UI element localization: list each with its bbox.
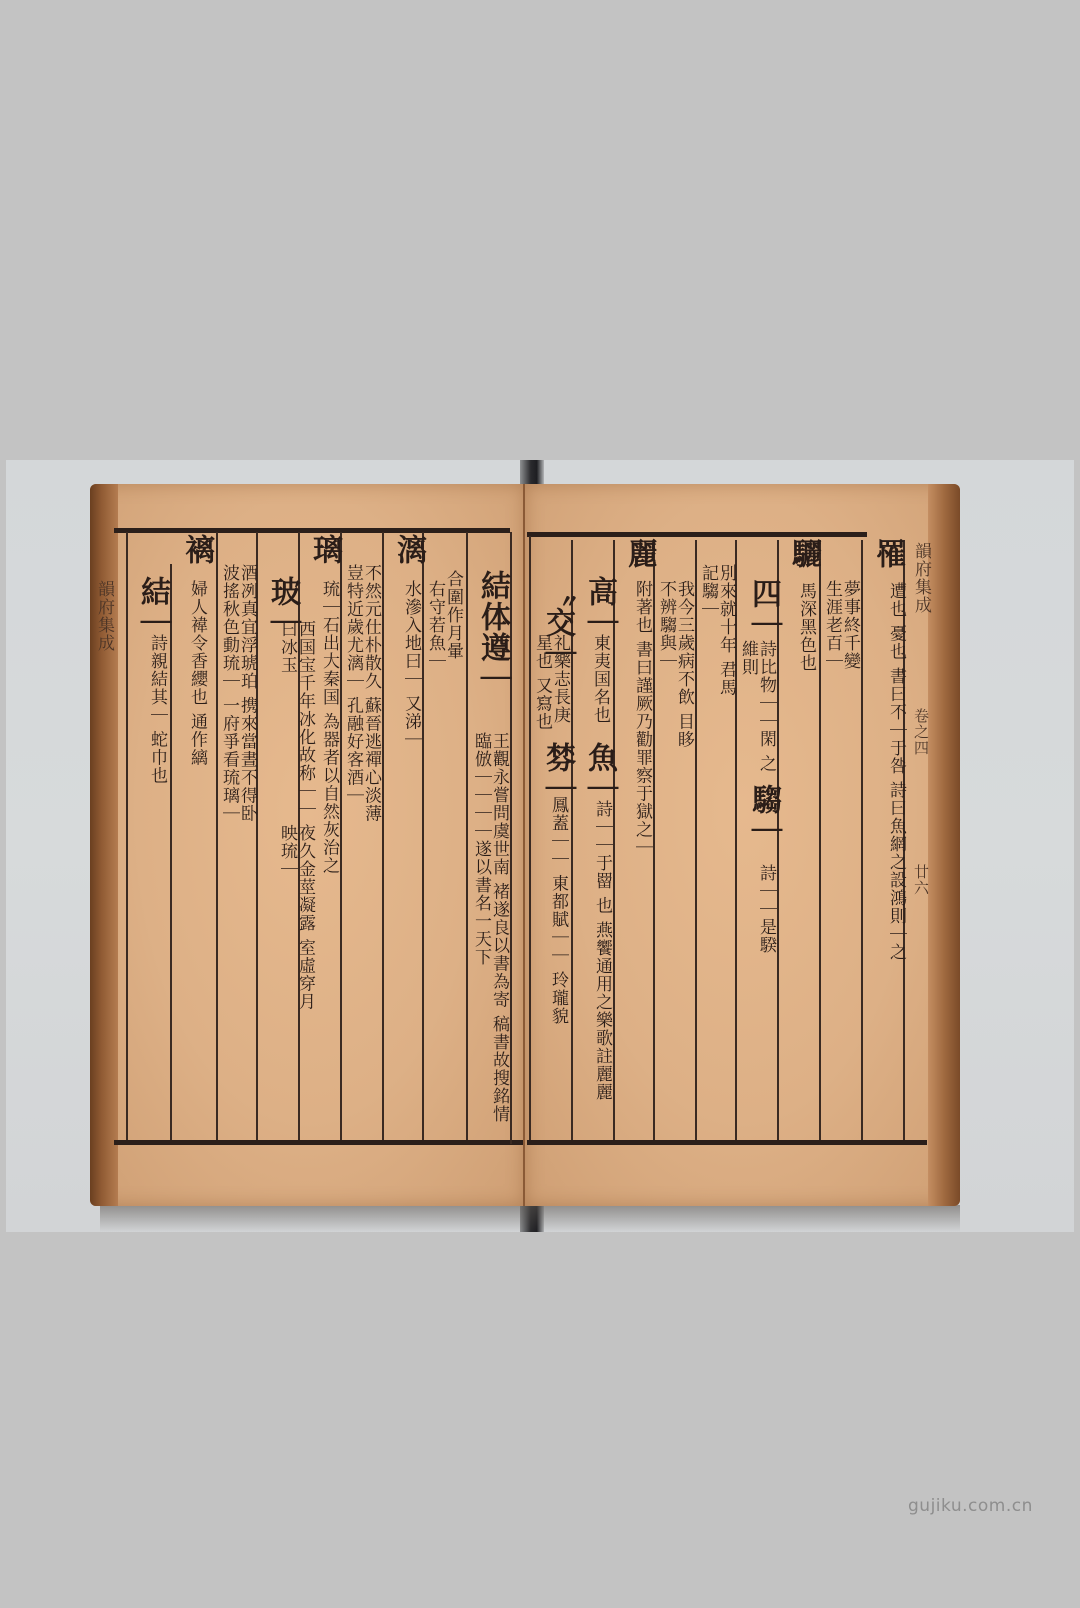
column-rule [170,564,172,1140]
right-page: 〝交｜ 礼樂志長庚 星也 又寫也 棼｜ 鳳蓋｜｜ 東都賦｜｜ 玲瓏貌 高｜ 東夷… [525,484,960,1206]
column-rule [529,536,531,1140]
open-book: 韻府集成 結｜ 詩親結其｜ 蛇巾也 褵 婦人褘令香纓也 通作縭 波搖秋色動琉｜ … [90,484,960,1206]
entry-note: 馬深黑色也 [797,582,815,702]
entry-head: 魚｜ [577,742,621,804]
column-rule [861,540,863,1140]
entry-note: 豈特近歲尤漓｜ 孔融好客酒｜ [344,564,362,924]
column-rule [126,532,128,1140]
entry-note: 遭也 憂也 書曰不｜于咎 詩曰魚網之設鴻則｜之 [869,582,905,962]
entry-note: 波搖秋色動琉｜ 一府爭看琉璃｜ [220,564,238,964]
entry-note: 西国宝千年冰化故称｜｜曰冰玉 [278,620,314,820]
entry-note: 詩親結其｜ 蛇巾也 [148,634,166,834]
entry-note: 別來就十年 君馬記騶｜ [699,564,735,704]
entry-head: 四｜ [741,578,785,640]
right-margin-volume: 卷之四 [911,708,932,756]
entry-head: 璃 [302,534,346,565]
book-shadow [100,1205,960,1232]
entry-head: 結体遵｜ [470,570,514,750]
entry-note: 東夷国名也 [591,634,609,734]
column-rule [653,540,655,1140]
column-rule [466,532,468,1140]
right-frame-top [527,532,867,537]
entry-note: 夜久金莖凝露 室虛穿月映琉｜ [278,824,314,1024]
entry-note: 礼樂志長庚 星也 又寫也 [533,634,569,734]
entry-note: 夢事終千變 [841,580,859,720]
entry-note: 詩｜｜是騤 [757,864,775,984]
entry-head: 結｜ [130,576,174,638]
left-frame-top [114,528,510,533]
entry-note: 附著也 書曰謹厥乃勸罪察于獄之｜ [633,580,651,880]
entry-note: 合圍作月暈 [444,570,462,730]
right-frame-bottom [527,1140,927,1145]
site-watermark: gujiku.com.cn [908,1496,1033,1516]
right-margin-page: 廿六 [911,864,932,896]
entry-head: 罹 [865,538,909,569]
entry-note: 鳳蓋｜｜ 東都賦｜｜ 玲瓏貌 [549,796,567,1046]
column-rule [340,532,342,1140]
entry-note: 不然元仕朴散久 蘇晉逃禪心淡薄 [362,564,380,924]
entry-head: 騶｜ [741,784,785,846]
column-rule [695,540,697,1140]
entry-head: 漓 [386,534,430,565]
entry-head: 褵 [174,534,218,565]
left-page: 韻府集成 結｜ 詩親結其｜ 蛇巾也 褵 婦人褘令香纓也 通作縭 波搖秋色動琉｜ … [90,484,525,1206]
entry-note: 婦人褘令香纓也 通作縭 [188,580,206,800]
column-rule [216,532,218,1140]
entry-head: 棼｜ [535,742,579,804]
left-frame-bottom [114,1140,524,1145]
right-margin-title: 韻府集成 [909,542,934,614]
entry-note: 詩比物｜｜閑 之維則 [739,640,775,790]
entry-note: 酒冽真宜浮琥珀 携來當晝不得卧 [238,564,256,1044]
entry-note: 我今三歲病不飲 目眵不辨騶與｜ [657,580,693,760]
entry-head: 麗 [617,538,661,569]
entry-note: 詩｜｜于罶 也 燕饗通用之樂歌註麗麗 [575,800,611,1130]
entry-note: 水滲入地曰｜ 又涕｜ [402,580,420,780]
entry-head: 驪 [781,538,825,569]
column-rule [422,532,424,1140]
entry-head: 高｜ [577,576,621,638]
entry-note: 琉｜石出大秦国 為器者以自然灰治之 [320,580,338,900]
left-margin-title: 韻府集成 [92,580,117,652]
entry-note: 右守若魚｜ [426,580,444,740]
entry-note: 生涯老百｜ [823,580,841,700]
column-rule [382,532,384,1140]
column-rule [819,540,821,1140]
entry-note: 王觀永嘗問虞世南 褚遂良以書為寄 稿書故搜銘情臨倣｜｜｜｜遂以書名一天下 [472,732,508,1132]
